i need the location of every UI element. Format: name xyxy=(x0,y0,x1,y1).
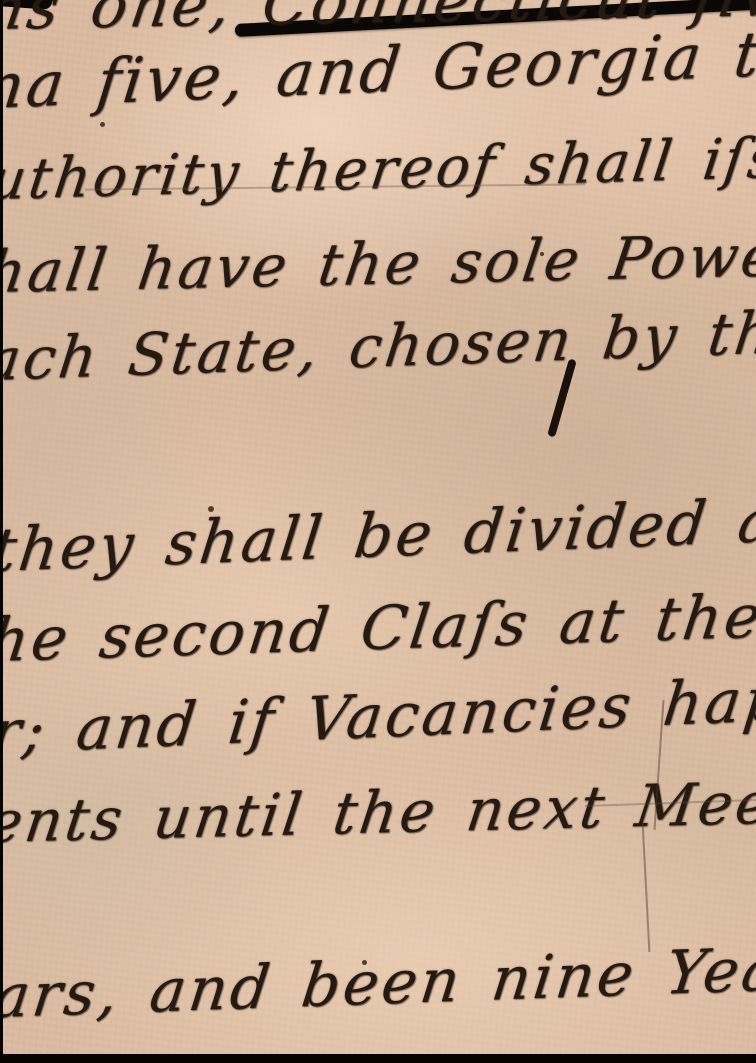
ink-speck xyxy=(362,960,367,965)
ink-speck xyxy=(208,506,214,512)
paper-crease-lower xyxy=(642,822,651,952)
manuscript-line-7: he second Claſs at the E xyxy=(0,579,756,676)
manuscript-line-3: uthority thereof shall iſsu xyxy=(0,125,756,213)
manuscript-line-6: they shall be divided as xyxy=(0,484,756,586)
manuscript-line-8: r; and if Vacancies hap xyxy=(0,665,756,769)
ink-speck xyxy=(100,122,105,127)
scan-edge-bottom xyxy=(0,1054,756,1063)
manuscript-line-4: hall have the sole Powe xyxy=(0,221,756,306)
manuscript-line-5: ach State, chosen by the xyxy=(0,297,756,394)
manuscript-scan: ns one, Connecticut five, na five, and G… xyxy=(0,0,756,1063)
ink-speck xyxy=(540,252,544,256)
scan-edge-left xyxy=(0,0,3,1063)
manuscript-line-10: ars, and been nine Years xyxy=(0,932,756,1032)
